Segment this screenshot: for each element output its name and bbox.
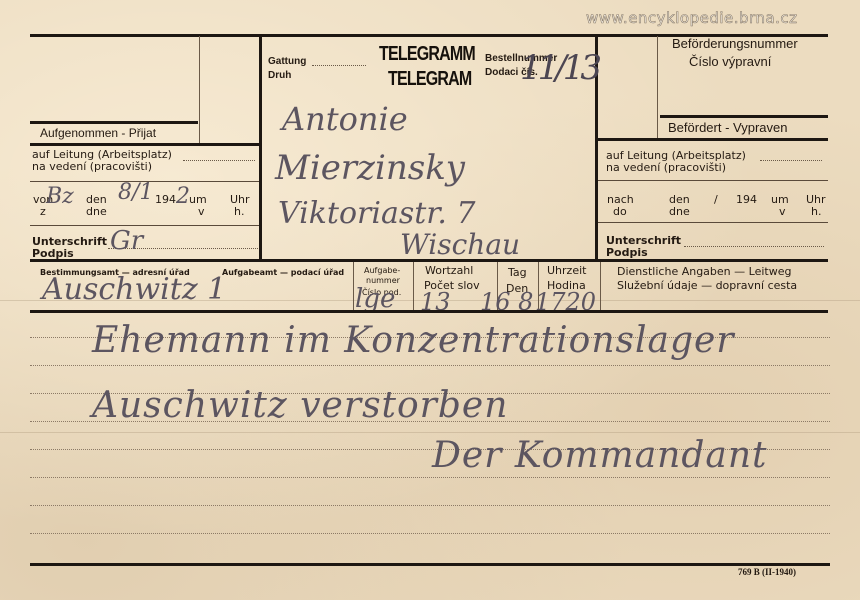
message-line-2: Auschwitz verstorben [92,385,508,426]
message-signature: Der Kommandant [432,435,768,476]
uhrzeit-label: Uhrzeit [547,265,586,277]
col-divider [600,262,601,310]
watermark: www.encyklopedie.brna.cz [586,9,798,27]
von-value: Bz [46,184,74,209]
cislo-vypravni-label: Číslo výpravní [689,56,771,68]
aufgenommen-heading: Aufgenommen - Přijat [40,127,156,139]
right-leitung-cs: na vedení (pracovišti) [606,162,726,174]
dienstliche-label: Dienstliche Angaben — Leitweg [617,266,791,278]
bestimmungsamt-value: Auschwitz 1 [42,272,226,307]
routing-top-rule [30,259,828,262]
wortzahl-label: Wortzahl [425,265,473,277]
message-line [30,505,830,506]
rule [598,222,828,223]
address-line-street: Viktoriastr. 7 [278,196,476,231]
address-line-city: Wischau [400,228,520,261]
befoerdert-heading: Befördert - Vypraven [668,122,787,134]
nach-label-cs: do [613,206,627,218]
befoerderungsnummer-label: Beförderungsnummer [672,38,798,50]
col-divider [353,262,354,310]
col-divider [413,262,414,310]
right-stamp-divider [657,36,658,140]
rule [30,225,260,226]
date-value: 8/1 [118,180,153,205]
form-number: 769 B (II-1940) [738,566,796,578]
right-date-separator: / [714,194,718,206]
left-heading-top-rule [30,121,198,124]
message-line [30,365,830,366]
gattung-label: Gattung [268,56,306,68]
message-line [30,533,830,534]
right-year-label: 194 [736,194,757,206]
right-uhr-label-cs: h. [811,206,821,218]
routing-bottom-rule [30,310,828,313]
right-heading-top-rule [660,115,828,118]
address-line-surname: Mierzinsky [275,148,465,188]
von-label-cs: z [40,206,46,218]
address-line-name: Antonie [282,100,408,138]
rule [598,180,828,181]
time-value: 2 [176,184,190,209]
left-stamp-divider [199,36,200,143]
center-left-border [259,34,262,262]
message-line [30,477,830,478]
right-podpis-label: Podpis [606,247,648,259]
aufgabenummer-label-1: Aufgabe- [364,266,400,276]
left-heading-bottom-rule [30,143,260,146]
right-signature-field[interactable] [684,246,824,247]
druh-label: Druh [268,70,291,82]
telegramm-title: TELEGRAMM [379,43,475,65]
sluzebni-label: Služební údaje — dopravní cesta [617,280,797,292]
telegram-title: TELEGRAM [388,68,471,90]
gattung-field[interactable] [312,65,366,66]
um-label-cs: v [198,206,205,218]
message-line-1: Ehemann im Konzentrationslager [92,320,735,361]
bestellnummer-value: 11/13 [520,48,598,88]
left-signature-value: Gr [110,226,143,256]
right-um-label-cs: v [779,206,786,218]
fold-crease [0,432,860,433]
left-leitung-field[interactable] [183,160,255,161]
right-heading-bottom-rule [598,138,828,141]
uhr-label-cs: h. [234,206,244,218]
right-den-label-cs: dne [669,206,690,218]
year-label: 194 [155,194,176,206]
right-leitung-field[interactable] [760,160,822,161]
left-leitung-cs: na vedení (pracovišti) [32,161,152,173]
bottom-rule [30,563,830,566]
den-label-cs: dne [86,206,107,218]
aufgabeamt-label: Aufgabeamt — podací úřad [222,268,344,278]
tag-label: Tag [508,267,527,279]
